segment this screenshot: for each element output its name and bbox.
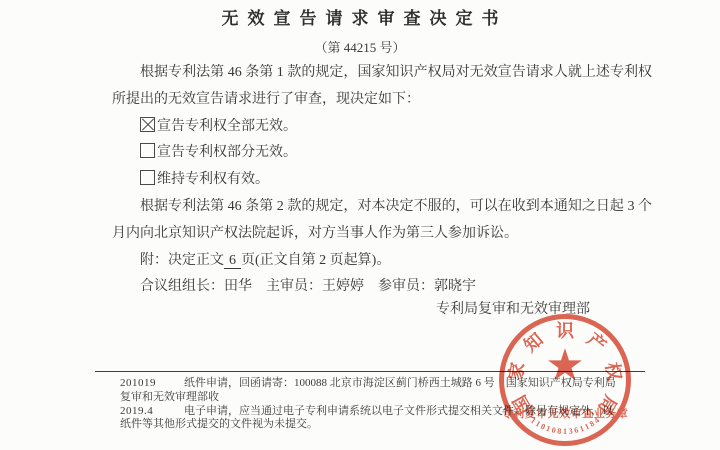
paragraph-appeal: 根据专利法第 46 条第 2 款的规定，对本决定不服的，可以在收到本通知之日起 … — [112, 194, 652, 248]
checkbox-partially-invalid — [140, 143, 155, 158]
document-number: （第 44215 号） — [0, 37, 720, 56]
option-maintain-valid: 维持专利权有效。 — [112, 167, 652, 194]
option-partially-invalid: 宣告专利权部分无效。 — [112, 140, 652, 167]
document-body: 根据专利法第 46 条第 1 款的规定，国家知识产权局对无效宣告请求人就上述专利… — [112, 60, 652, 301]
footer-code-electronic: 2019.4 — [120, 405, 184, 419]
footer-code-paper: 201019 — [120, 377, 184, 391]
checkbox-all-invalid — [140, 117, 155, 132]
option-all-invalid-label: 宣告专利权全部无效。 — [157, 119, 297, 134]
star-icon: ★ — [545, 344, 584, 388]
attachment-line: 附：决定正文6页(正文自第 2 页起算)。 — [112, 248, 652, 275]
seal-banner-text: 专利复审无效审查业务章 — [499, 405, 631, 421]
attachment-page-count: 6 — [224, 253, 241, 269]
option-all-invalid: 宣告专利权全部无效。 — [112, 114, 652, 141]
paragraph-examination: 根据专利法第 46 条第 1 款的规定，国家知识产权局对无效宣告请求人就上述专利… — [112, 60, 652, 114]
checkbox-maintain-valid — [140, 170, 155, 185]
attachment-suffix: 页(正文自第 2 页起算)。 — [241, 253, 390, 268]
document-title: 无效宣告请求审查决定书 — [0, 4, 720, 29]
official-seal: 国家知识产权局 ★ 专利复审无效审查业务章 1101081361184 — [499, 314, 631, 446]
invalidation-decision-document: 无效宣告请求审查决定书 （第 44215 号） 根据专利法第 46 条第 1 款… — [0, 0, 720, 450]
option-partially-invalid-label: 宣告专利权部分无效。 — [157, 145, 297, 160]
option-maintain-valid-label: 维持专利权有效。 — [157, 172, 269, 187]
attachment-prefix: 附：决定正文 — [140, 253, 224, 268]
